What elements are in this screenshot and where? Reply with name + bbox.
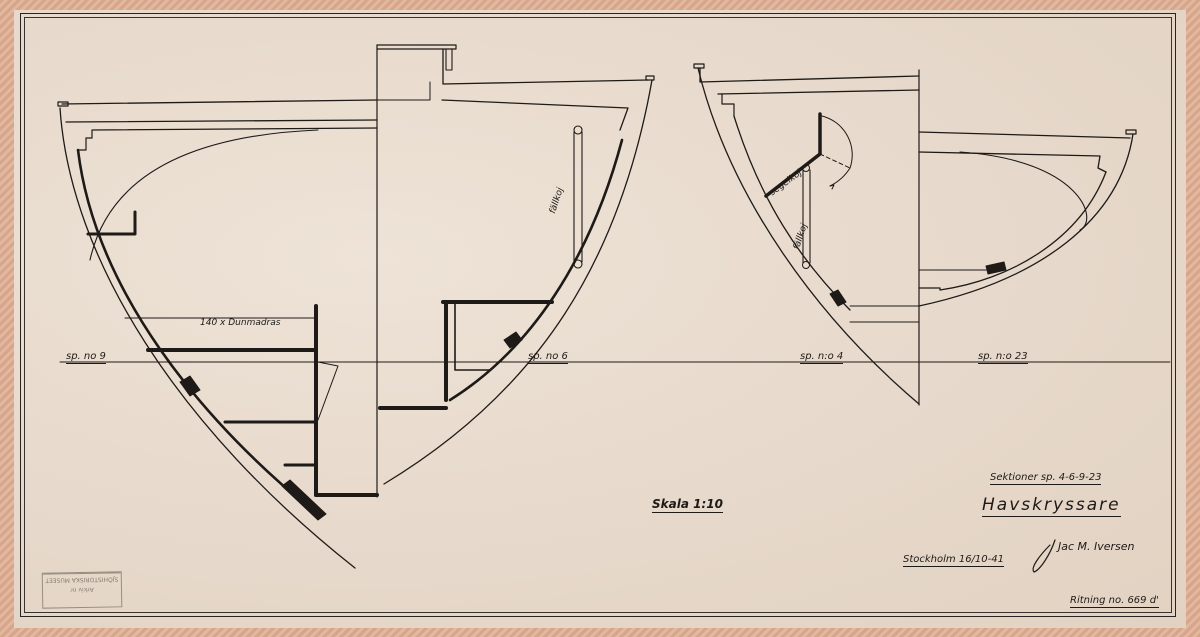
hull-sections-drawing	[0, 0, 1200, 637]
section-sp6	[377, 45, 654, 484]
place-date-label: Stockholm 16/10-41	[903, 554, 1004, 567]
drawing-number: Ritning no. 669 d'	[1070, 595, 1159, 608]
station-label-sp6: sp. no 6	[528, 351, 568, 364]
station-label-sp23: sp. n:o 23	[978, 351, 1028, 364]
drawing-title: Havskryssare	[982, 495, 1121, 517]
stamp-archive-no: Arkiv nr	[43, 583, 121, 594]
scale-label: Skala 1:10	[652, 497, 723, 513]
section-sp9	[58, 100, 377, 568]
museum-archive-stamp: SJÖHISTORISKA MUSEET Arkiv nr	[42, 571, 123, 608]
station-label-sp4: sp. n:o 4	[800, 351, 843, 364]
station-label-sp9: sp. no 9	[66, 351, 106, 364]
section-sp23	[919, 130, 1136, 306]
signature-stroke	[1033, 540, 1055, 572]
mattress-label: 140 x Dunmadras	[200, 318, 280, 328]
sections-subtitle: Sektioner sp. 4-6-9-23	[990, 472, 1101, 485]
signature: Jac M. Iversen	[1058, 540, 1135, 553]
